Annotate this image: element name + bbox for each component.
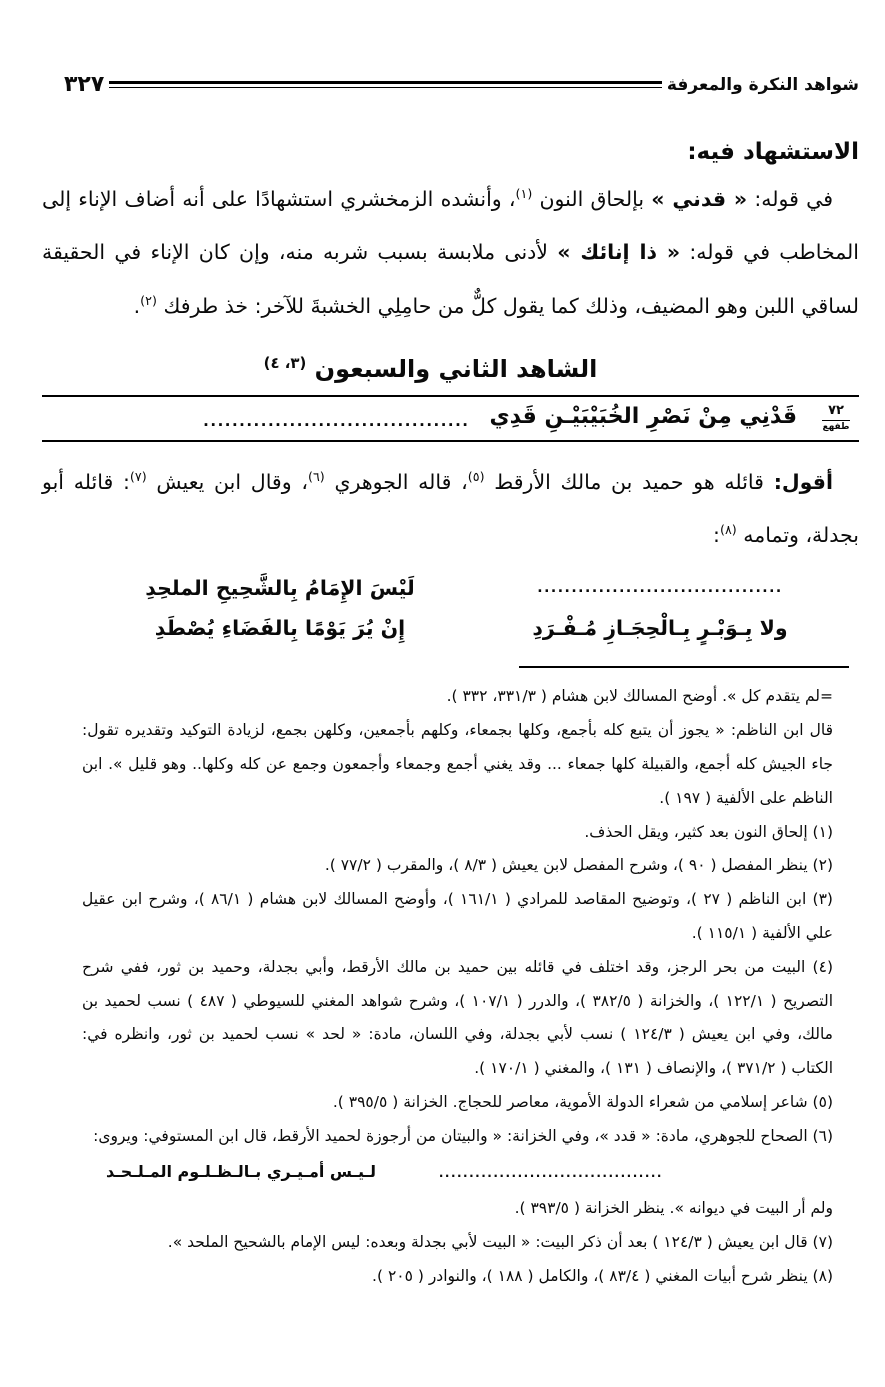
footnote-6-verse: ........................................… <box>82 1155 663 1190</box>
page-header: شواهد النكرة والمعرفة ٣٢٧ <box>64 72 859 97</box>
footnote-continuation: =لم يتقدم كل ». أوضح المسالك لابن هشام (… <box>82 680 833 714</box>
footnote-4: (٤) البيت من بحر الرجز، وقد اختلف في قائ… <box>82 951 833 1086</box>
footnotes-block: =لم يتقدم كل ». أوضح المسالك لابن هشام (… <box>82 680 833 1293</box>
shahid-heading: الشاهد الثاني والسبعون (٣، ٤) <box>42 355 819 383</box>
footnote-verse-text: لـيـس أمـيـري بـالـظـلـوم المـلـحـد <box>106 1155 376 1190</box>
footnote-3: (٣) ابن الناظم ( ٢٧ )، وتوضيح المقاصد لل… <box>82 883 833 951</box>
poem-line2-first-hemistich: ولا بِـوَبْـرٍ بِـالْحِجَـازِ مُـفْـرَدِ <box>495 616 825 640</box>
poem-block: .................................... لَي… <box>72 576 825 640</box>
footnote-2: (٢) ينظر المفصل ( ٩٠ )، وشرح المفصل لابن… <box>82 849 833 883</box>
footnote-7: (٧) قال ابن يعيش ( ١٢٤/٣ ) بعد أن ذكر ال… <box>82 1226 833 1260</box>
poem-line2-second-hemistich: إِنْ يُرَ يَوْمًا بِالفَضَاءِ يُصْطَدِ <box>105 616 455 640</box>
shahid-verse-block: ٧٢ طفهع قَدْنِي مِنْ نَصْرِ الخُبَيْبَيْ… <box>42 395 859 442</box>
footnote-1: (١) إلحاق النون بعد كثير، ويقل الحذف. <box>82 816 833 850</box>
poem-line1-second-hemistich: لَيْسَ الإِمَامُ بِالشَّحِيحِ الملحِدِ <box>105 576 455 600</box>
footnote-5: (٥) شاعر إسلامي من شعراء الدولة الأموية،… <box>82 1086 833 1120</box>
poem-line: ولا بِـوَبْـرٍ بِـالْحِجَـازِ مُـفْـرَدِ… <box>72 616 825 640</box>
istishhad-heading: الاستشهاد فيه: <box>42 139 859 165</box>
footnote-verse-ellipsis: ........................................… <box>438 1160 663 1186</box>
shahid-margin-siglum: طفهع <box>813 423 859 432</box>
page-number: ٣٢٧ <box>64 72 104 97</box>
shahid-verse-ellipsis: ..................................... <box>102 412 470 430</box>
footnote-6: (٦) الصحاح للجوهري، مادة: « قدد »، وفي ا… <box>82 1120 833 1154</box>
shahid-heading-footnote-marker: (٣، ٤) <box>264 354 307 372</box>
shahid-margin-mark: ٧٢ طفهع <box>813 401 859 432</box>
istishhad-paragraph: في قوله: « قدني » بإلحاق النون (١)، وأنش… <box>42 173 859 333</box>
page-body: الاستشهاد فيه: في قوله: « قدني » بإلحاق … <box>42 139 859 1294</box>
istishhad-paragraph-text: في قوله: « قدني » بإلحاق النون (١)، وأنش… <box>42 187 859 318</box>
shahid-number: ٧٢ <box>822 404 850 421</box>
shahid-heading-text: الشاهد الثاني والسبعون <box>315 355 598 383</box>
aqwal-paragraph: أقول: قائله هو حميد بن مالك الأرقط (٥)، … <box>42 456 859 563</box>
running-head-title: شواهد النكرة والمعرفة <box>667 75 859 95</box>
poem-line1-first-hemistich-ellipsis: .................................... <box>495 580 825 596</box>
footnote-separator-rule <box>519 666 849 668</box>
header-rule <box>109 81 662 88</box>
book-page: شواهد النكرة والمعرفة ٣٢٧ الاستشهاد فيه:… <box>0 0 885 1387</box>
footnote-quote-ibn-alnazim: قال ابن الناظم: « يجوز أن يتبع كله بأجمع… <box>82 714 833 815</box>
footnote-6-continuation: ولم أر البيت في ديوانه ». ينظر الخزانة (… <box>82 1192 833 1226</box>
aqwal-paragraph-text: أقول: قائله هو حميد بن مالك الأرقط (٥)، … <box>42 470 859 547</box>
shahid-verse-text: قَدْنِي مِنْ نَصْرِ الخُبَيْبَيْـنِ قَدِ… <box>490 404 797 429</box>
footnote-8: (٨) ينظر شرح أبيات المغني ( ٨٣/٤ )، والك… <box>82 1260 833 1294</box>
poem-line: .................................... لَي… <box>72 576 825 600</box>
